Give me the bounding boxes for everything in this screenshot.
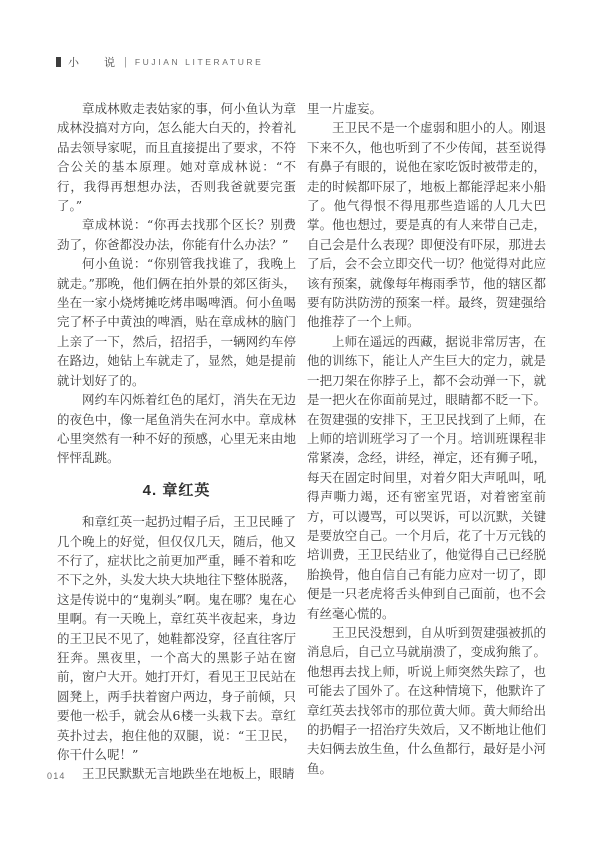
section-heading: 4. 章红英 (57, 481, 296, 500)
magazine-page: 小 说 | FUJIAN LITERATURE 章成林败走表姑家的事，何小鱼认为… (0, 0, 595, 842)
genre-marker-icon (56, 57, 61, 67)
genre-label: 小 说 (68, 54, 122, 70)
paragraph: 何小鱼说：“你别管我找谁了，我晚上就走。”那晚，他们俩在拍外景的郊区街头，坐在一… (57, 254, 296, 390)
paragraph: 王卫民默默无言地跌坐在地板上，眼睛 (57, 764, 296, 783)
text-column-right: 里一片虚妄。 王卫民不是一个虚弱和胆小的人。刚退下来不久，他也听到了不少传闻，甚… (307, 99, 546, 784)
page-number: 014 (47, 771, 66, 781)
paragraph: 章成林说：“你再去找那个区长？别费劲了，你爸都没办法，你能有什么办法？” (57, 215, 296, 254)
text-column-left: 章成林败走表姑家的事，何小鱼认为章成林没搞对方向，怎么能大白天的，拎着礼品去领导… (57, 99, 296, 784)
paragraph: 上师在遥远的西藏，据说非常厉害，在他的训练下，能让人产生巨大的定力，就是一把刀架… (307, 332, 546, 623)
magazine-title: FUJIAN LITERATURE (135, 57, 264, 67)
paragraph-continuation: 里一片虚妄。 (307, 99, 546, 118)
paragraph: 和章红英一起扔过帽子后，王卫民睡了几个晚上的好觉，但仅仅几天，随后，他又不行了，… (57, 512, 296, 764)
paragraph: 章成林败走表姑家的事，何小鱼认为章成林没搞对方向，怎么能大白天的，拎着礼品去领导… (57, 99, 296, 215)
article-body: 章成林败走表姑家的事，何小鱼认为章成林没搞对方向，怎么能大白天的，拎着礼品去领导… (57, 99, 546, 784)
header-divider: | (124, 56, 127, 68)
running-head: 小 说 | FUJIAN LITERATURE (56, 55, 263, 69)
paragraph: 王卫民没想到，自从听到贺建强被抓的消息后，自己立马就崩溃了，变成狗熊了。他想再去… (307, 623, 546, 778)
paragraph: 王卫民不是一个虚弱和胆小的人。刚退下来不久，他也听到了不少传闻，甚至说得有鼻子有… (307, 118, 546, 331)
paragraph: 网约车闪烁着红色的尾灯，消失在无边的夜色中，像一尾鱼消失在河水中。章成林心里突然… (57, 390, 296, 468)
page-footer: 014 (47, 771, 66, 781)
